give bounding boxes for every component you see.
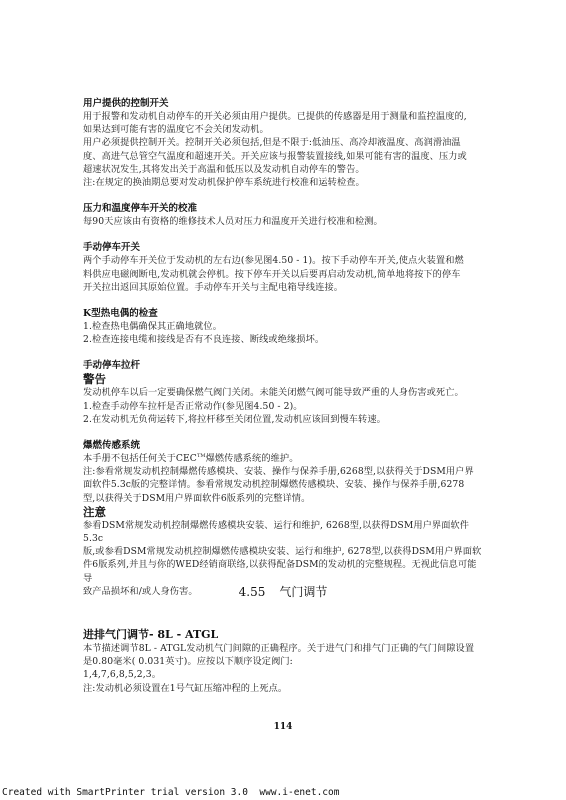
section-title-text: 气门调节: [279, 585, 327, 599]
section-title: 4.55气门调节: [0, 583, 566, 600]
paragraph-line: 超速状况发生,其将发出关于高温和低压以及发动机自动停车的警告。: [83, 163, 483, 176]
notice-text: 版,或参看DSM常规发动机控制爆燃传感模块安装、运行和维护, 6278型,以获得…: [83, 545, 483, 558]
notice-text: 参看DSM常规发动机控制爆燃传感模块安装、运行和维护, 6268型,以获得DSM…: [83, 519, 483, 545]
list-item: 2.在发动机无负荷运转下,将拉杆移至关闭位置,发动机应该回到慢车转速。: [83, 413, 483, 426]
section-heading: 用户提供的控制开关: [83, 97, 483, 110]
subsection-heading: 进排气门调节- 8L - ATGL: [83, 628, 493, 642]
notice-label: 注意: [83, 505, 483, 519]
footer-watermark: Created with SmartPrinter trial version …: [2, 787, 339, 798]
section-heading: 爆燃传感系统: [83, 439, 483, 452]
warning-label: 警告: [83, 372, 483, 386]
section-number: 4.55: [239, 585, 266, 599]
note-line: 型,以获得关于DSM用户界面软件6版系列的完整详情。: [83, 492, 483, 505]
warning-text: 发动机停车以后一定要确保燃气阀门关闭。未能关闭燃气阀可能导致严重的人身伤害或死亡…: [83, 386, 483, 399]
list-item: 2.检查连接电缆和接线是否有不良连接、断线或绝缘损坏。: [83, 333, 483, 346]
paragraph-line: 是0.80毫米( 0.031英寸)。应按以下顺序设定阀门:: [83, 655, 493, 668]
note-line: 注:参看常规发动机控制爆燃传感模块、安装、操作与保养手册,6268型,以获得关于…: [83, 465, 483, 478]
note-line: 注:在规定的换油期总要对发动机保护停车系统进行校准和运转检查。: [83, 176, 483, 189]
paragraph-line: 如果达到可能有害的温度它不会关闭发动机。: [83, 123, 483, 136]
section-heading: 压力和温度停车开关的校准: [83, 202, 483, 215]
section-heading: 手动停车拉杆: [83, 359, 483, 372]
paragraph-line: 本手册不包括任何关于CECTM爆燃传感系统的维护。: [83, 452, 483, 465]
paragraph-line: 度、高进气总管空气温度和超速开关。开关应该与报警装置接线,如果可能有害的温度、压…: [83, 150, 483, 163]
section-heading: K型热电偶的检查: [83, 307, 483, 320]
paragraph-line: 开关拉出返回其原始位置。手动停车开关与主配电箱导线连接。: [83, 281, 483, 294]
paragraph-line: 两个手动停车开关位于发动机的左右边(参见图4.50 - 1)。按下手动停车开关,…: [83, 254, 483, 267]
trademark-mark: TM: [197, 453, 206, 459]
section-heading: 手动停车开关: [83, 241, 483, 254]
note-line: 面软件5.3c版的完整详情。参看常规发动机控制爆燃传感模块、安装、操作与保养手册…: [83, 478, 483, 491]
paragraph-line: 用户必须提供控制开关。控制开关必须包括,但是不限于:低油压、高冷却液温度、高润滑…: [83, 136, 483, 149]
page-body: 用户提供的控制开关 用于报警和发动机自动停车的开关必须由用户提供。已提供的传感器…: [83, 97, 483, 598]
paragraph-line: 本节描述调节8L - ATGL发动机气门间隙的正确程序。关于进气门和排气门正确的…: [83, 642, 493, 655]
intro-text-after: 爆燃传感系统的维护。: [206, 453, 299, 464]
paragraph-line: 每90天应该由有资格的维修技术人员对压力和温度开关进行校准和检测。: [83, 215, 483, 228]
list-item: 1.检查手动停车拉杆是否正常动作(参见图4.50 - 2)。: [83, 400, 483, 413]
notice-text: 件6版系列,并且与你的WED经销商联络,以获得配备DSM的发动机的完整规程。无视…: [83, 558, 483, 584]
page-number: 114: [0, 722, 566, 732]
paragraph-line: 料供应电磁阀断电,发动机就会停机。按下停车开关以后要再启动发动机,简单地将按下的…: [83, 268, 483, 281]
list-item: 1.检查热电偶确保其正确地就位。: [83, 320, 483, 333]
intro-text-before: 本手册不包括任何关于CEC: [83, 453, 197, 464]
subsection: 进排气门调节- 8L - ATGL 本节描述调节8L - ATGL发动机气门间隙…: [83, 628, 493, 695]
paragraph-line: 用于报警和发动机自动停车的开关必须由用户提供。已提供的传感器是用于测量和监控温度…: [83, 110, 483, 123]
sequence-line: 1,4,7,6,8,5,2,3。: [83, 668, 493, 681]
note-line: 注:发动机必须设置在1号气缸压缩冲程的上死点。: [83, 682, 493, 695]
